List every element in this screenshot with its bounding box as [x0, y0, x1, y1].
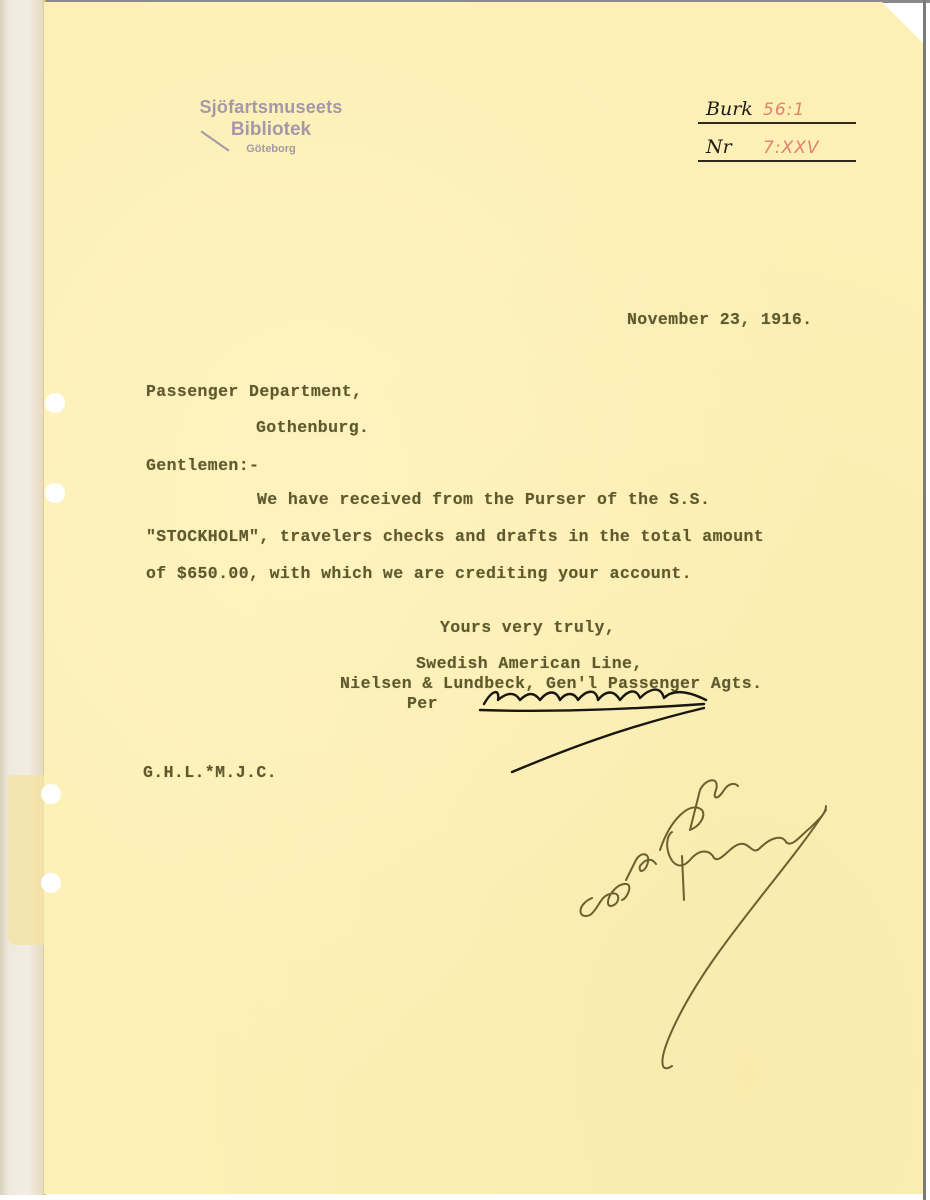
annotation-copy-for-purser: [581, 780, 827, 1068]
document-scan: Sjöfartsmuseets Bibliotek Göteborg Burk …: [0, 0, 930, 1200]
signature-lundbeck: [480, 690, 706, 772]
handwriting-ink: [0, 0, 930, 1200]
